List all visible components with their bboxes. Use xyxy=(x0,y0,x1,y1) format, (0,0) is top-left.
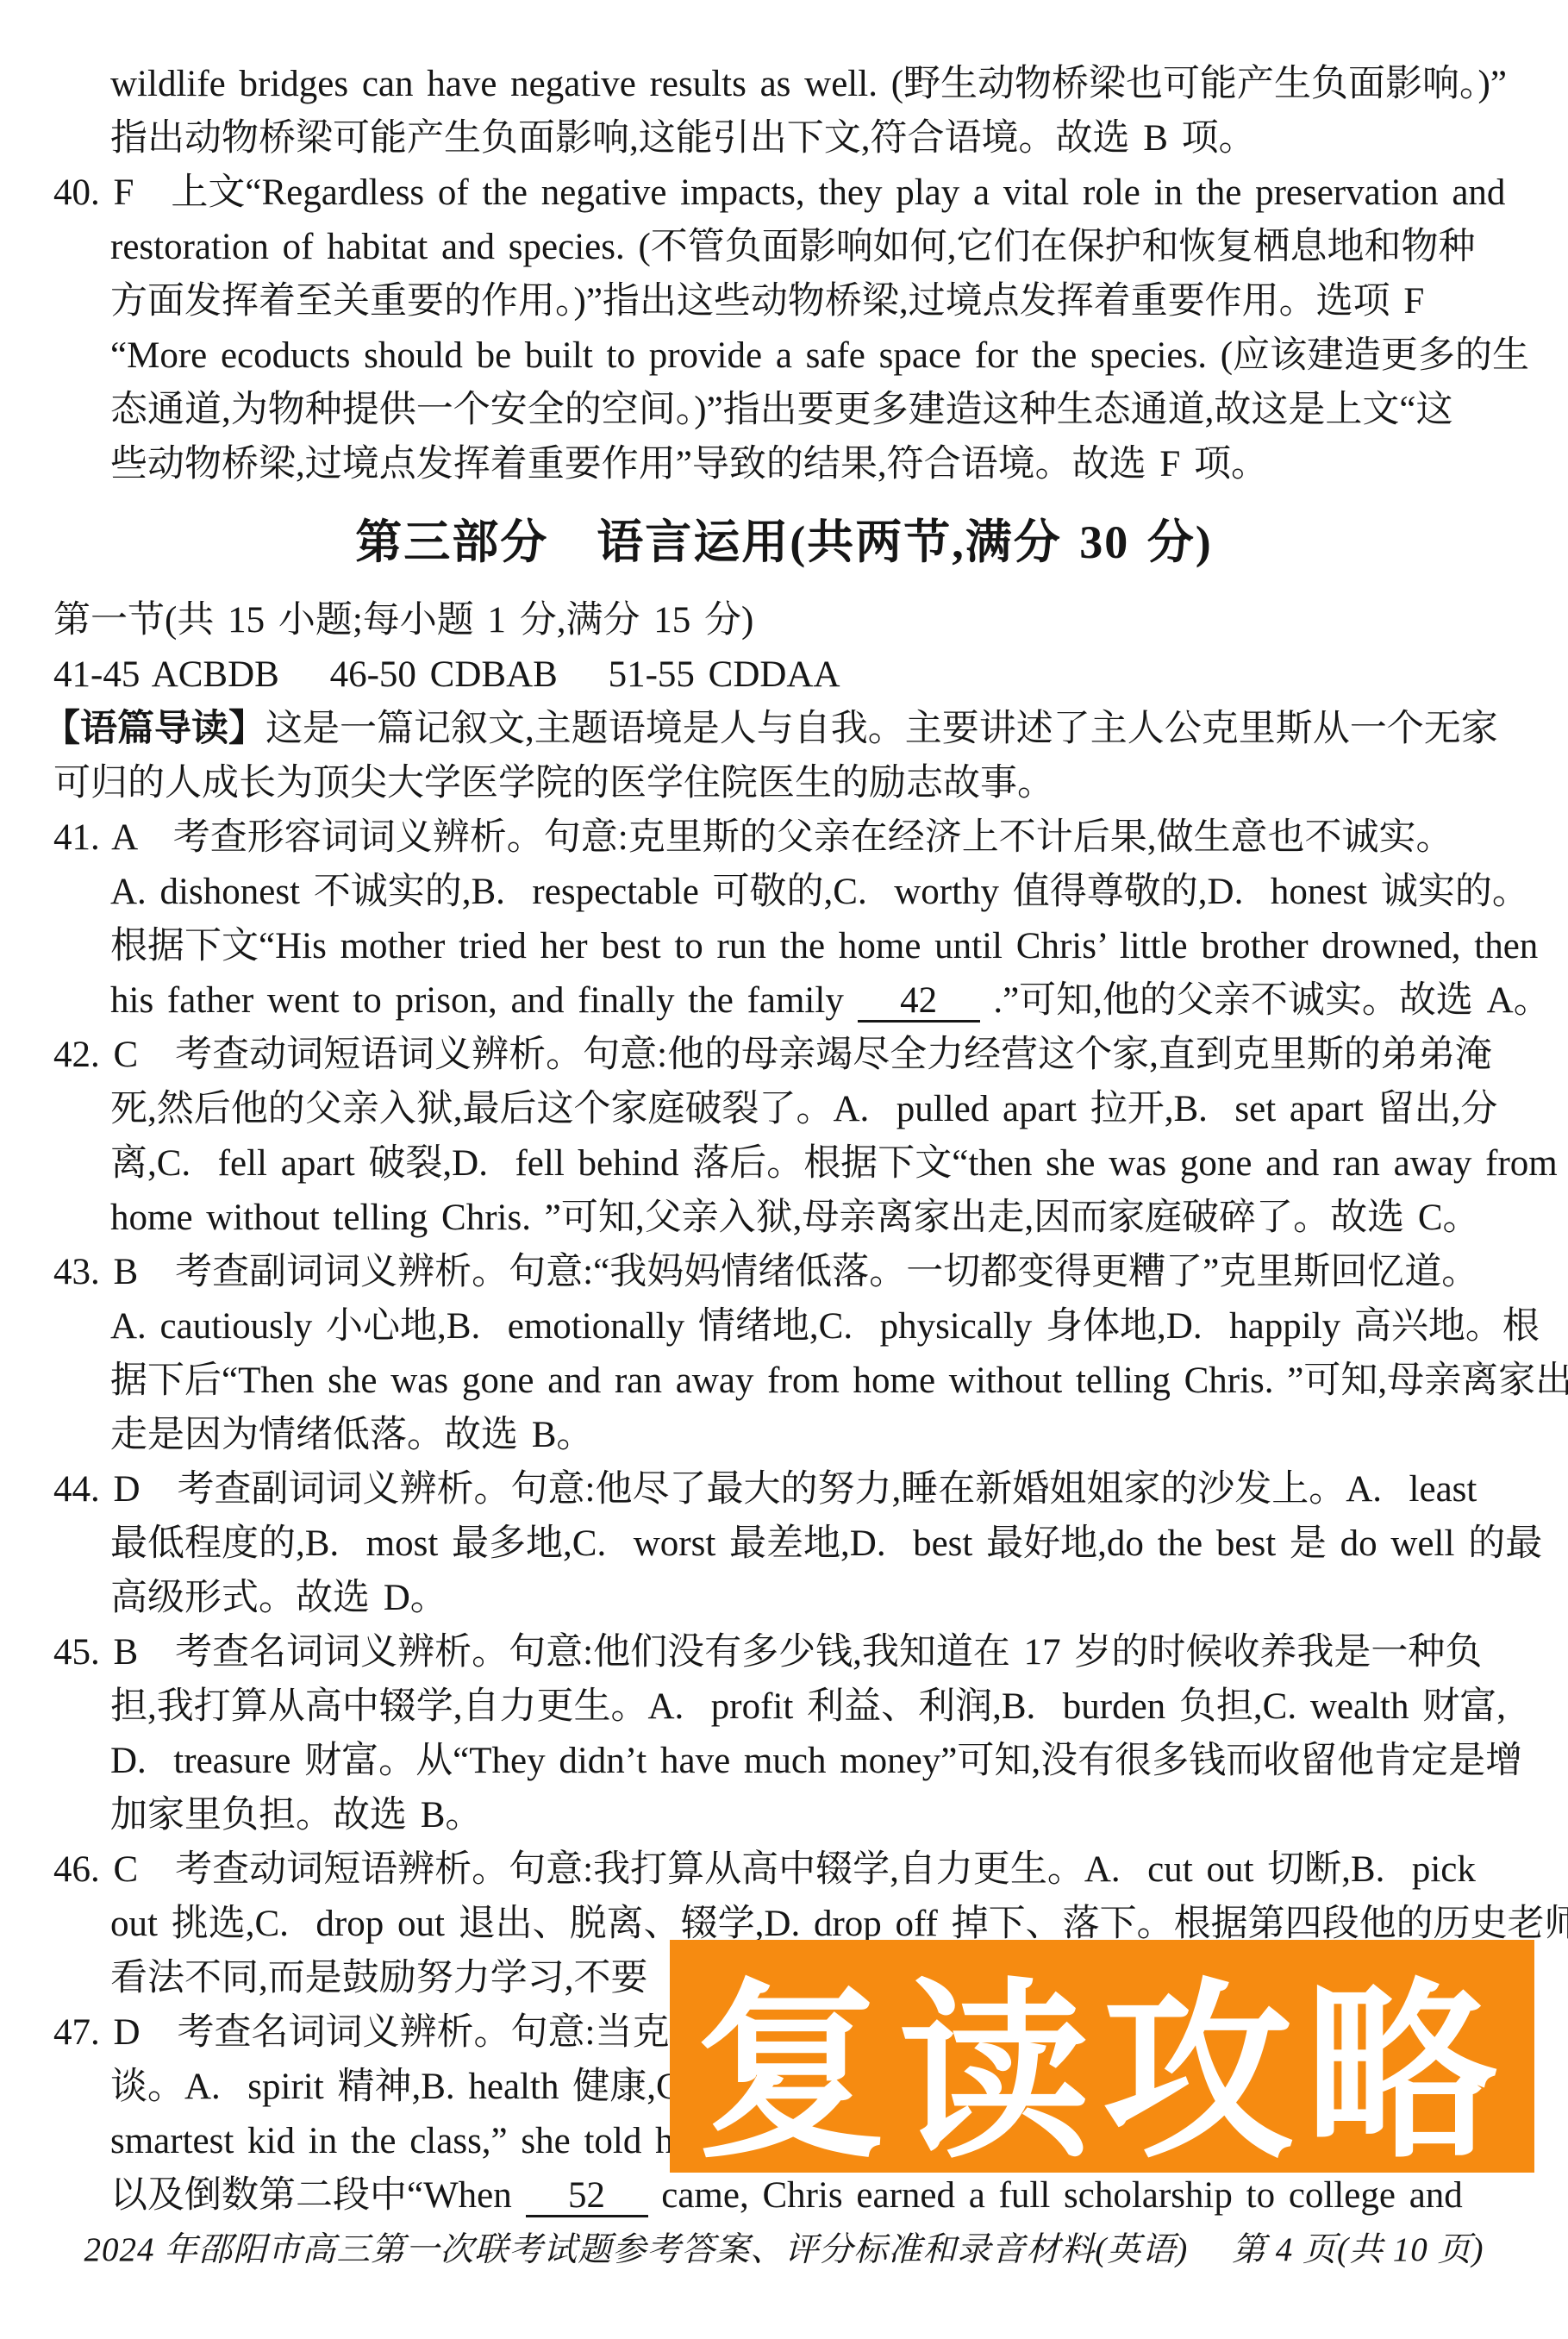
text-segment: his father went to prison, and finally t… xyxy=(110,980,858,1021)
text-segment: 态通道,为物种提供一个安全的空间。)”指出要更多建造这种生态通道,故这是上文“这 xyxy=(110,390,1453,430)
text-segment: 第一节(共 15 小题;每小题 1 分,满分 15 分) xyxy=(53,600,753,641)
text-segment: .”可知,他的父亲不诚实。故选 A。 xyxy=(980,980,1551,1021)
answer-key-line: 41-45 ACBDB 46-50 CDBAB 51-55 CDDAA xyxy=(0,647,1568,702)
text-line: 方面发挥着至关重要的作用。)”指出这些动物桥梁,过境点发挥着重要作用。选项 F xyxy=(0,274,1568,328)
text-line: 担,我打算从高中辍学,自力更生。A. profit 利益、利润,B. burde… xyxy=(0,1679,1568,1734)
text-line: 45. B 考查名词词义辨析。句意:他们没有多少钱,我知道在 17 岁的时候收养… xyxy=(0,1625,1568,1679)
text-segment: D. treasure 财富。从“They didn’t have much m… xyxy=(110,1741,1522,1781)
text-segment: wildlife bridges can have negative resul… xyxy=(110,64,1507,104)
text-line: D. treasure 财富。从“They didn’t have much m… xyxy=(0,1734,1568,1788)
text-segment: 41. A 考查形容词词义辨析。句意:克里斯的父亲在经济上不计后果,做生意也不诚… xyxy=(53,817,1453,858)
text-segment: 46. C 考查动词短语辨析。句意:我打算从高中辍学,自力更生。A. cut o… xyxy=(53,1849,1476,1890)
text-line: 走是因为情绪低落。故选 B。 xyxy=(0,1408,1568,1462)
exam-answer-page: wildlife bridges can have negative resul… xyxy=(0,0,1568,2339)
text-segment: 44. D 考查副词词义辨析。句意:他尽了最大的努力,睡在新婚姐姐家的沙发上。A… xyxy=(53,1469,1477,1510)
text-line: 41. A 考查形容词词义辨析。句意:克里斯的父亲在经济上不计后果,做生意也不诚… xyxy=(0,810,1568,865)
text-line: restoration of habitat and species. (不管负… xyxy=(0,220,1568,274)
text-segment: 死,然后他的父亲入狱,最后这个家庭破裂了。A. pulled apart 拉开,… xyxy=(110,1089,1497,1129)
text-segment: 谈。A. spirit 精神,B. health 健康,C xyxy=(110,2067,681,2107)
text-line: 指出动物桥梁可能产生负面影响,这能引出下文,符合语境。故选 B 项。 xyxy=(0,111,1568,166)
fudu-gonglue-watermark: 复读攻略 xyxy=(670,1940,1534,2173)
text-segment: 45. B 考查名词词义辨析。句意:他们没有多少钱,我知道在 17 岁的时候收养… xyxy=(53,1632,1482,1673)
text-segment: 可归的人成长为顶尖大学医学院的医学住院医生的励志故事。 xyxy=(53,763,1054,804)
text-line: 离,C. fell apart 破裂,D. fell behind 落后。根据下… xyxy=(0,1136,1568,1191)
text-segment: 担,我打算从高中辍学,自力更生。A. profit 利益、利润,B. burde… xyxy=(110,1686,1506,1727)
text-segment: 这是一篇记叙文,主题语境是人与自我。主要讲述了主人公克里斯从一个无家 xyxy=(265,709,1498,749)
answer-text-block: wildlife bridges can have negative resul… xyxy=(0,57,1568,2223)
subsection-header: 第一节(共 15 小题;每小题 1 分,满分 15 分) xyxy=(0,593,1568,647)
text-segment: 42. C 考查动词短语词义辨析。句意:他的母亲竭尽全力经营这个家,直到克里斯的… xyxy=(53,1035,1492,1075)
text-segment: 指出动物桥梁可能产生负面影响,这能引出下文,符合语境。故选 B 项。 xyxy=(110,118,1256,159)
text-segment: 根据下文“His mother tried her best to run th… xyxy=(110,926,1538,966)
text-segment: 【语篇导读】 xyxy=(43,709,265,749)
text-line: 些动物桥梁,过境点发挥着重要作用”导致的结果,符合语境。故选 F 项。 xyxy=(0,437,1568,491)
text-segment: A. cautiously 小心地,B. emotionally 情绪地,C. … xyxy=(110,1306,1540,1347)
text-segment: 以及倒数第二段中“When xyxy=(110,2175,526,2216)
text-line: “More ecoducts should be built to provid… xyxy=(0,328,1568,383)
text-line: his father went to prison, and finally t… xyxy=(0,973,1568,1028)
text-line: home without telling Chris. ”可知,父亲入狱,母亲离… xyxy=(0,1191,1568,1245)
text-line: 加家里负担。故选 B。 xyxy=(0,1788,1568,1842)
text-line: 【语篇导读】这是一篇记叙文,主题语境是人与自我。主要讲述了主人公克里斯从一个无家 xyxy=(0,702,1568,756)
text-line: 据下后“Then she was gone and ran away from … xyxy=(0,1354,1568,1408)
text-segment: 高级形式。故选 D。 xyxy=(110,1578,447,1618)
text-line: 可归的人成长为顶尖大学医学院的医学住院医生的励志故事。 xyxy=(0,756,1568,810)
text-segment: home without telling Chris. ”可知,父亲入狱,母亲离… xyxy=(110,1198,1480,1238)
text-line: A. dishonest 不诚实的,B. respectable 可敬的,C. … xyxy=(0,865,1568,919)
text-line: 44. D 考查副词词义辨析。句意:他尽了最大的努力,睡在新婚姐姐家的沙发上。A… xyxy=(0,1462,1568,1517)
text-line: 43. B 考查副词词义辨析。句意:“我妈妈情绪低落。一切都变得更糟了”克里斯回… xyxy=(0,1245,1568,1299)
text-line: 死,然后他的父亲入狱,最后这个家庭破裂了。A. pulled apart 拉开,… xyxy=(0,1082,1568,1136)
text-segment: 43. B 考查副词词义辨析。句意:“我妈妈情绪低落。一切都变得更糟了”克里斯回… xyxy=(53,1252,1478,1292)
text-segment: 些动物桥梁,过境点发挥着重要作用”导致的结果,符合语境。故选 F 项。 xyxy=(110,444,1268,485)
text-segment: 最低程度的,B. most 最多地,C. worst 最差地,D. best 最… xyxy=(110,1523,1542,1564)
text-segment: 第三部分 语言运用(共两节,满分 30 分) xyxy=(355,516,1212,568)
text-segment: 方面发挥着至关重要的作用。)”指出这些动物桥梁,过境点发挥着重要作用。选项 F xyxy=(110,281,1424,322)
text-segment: 据下后“Then she was gone and ran away from … xyxy=(110,1360,1568,1401)
text-segment: 离,C. fell apart 破裂,D. fell behind 落后。根据下… xyxy=(110,1143,1558,1184)
text-line: A. cautiously 小心地,B. emotionally 情绪地,C. … xyxy=(0,1299,1568,1354)
text-line: 根据下文“His mother tried her best to run th… xyxy=(0,919,1568,973)
answer-blank: 52 xyxy=(526,2176,648,2217)
text-line: 42. C 考查动词短语词义辨析。句意:他的母亲竭尽全力经营这个家,直到克里斯的… xyxy=(0,1028,1568,1082)
text-segment: 走是因为情绪低落。故选 B。 xyxy=(110,1415,593,1455)
answer-blank: 42 xyxy=(858,981,980,1023)
text-line: 最低程度的,B. most 最多地,C. worst 最差地,D. best 最… xyxy=(0,1517,1568,1571)
text-line: 高级形式。故选 D。 xyxy=(0,1571,1568,1625)
text-segment: 47. D 考查名词词义辨析。句意:当克 xyxy=(53,2012,670,2053)
section-header: 第三部分 语言运用(共两节,满分 30 分) xyxy=(0,491,1568,593)
text-segment: 看法不同,而是鼓励努力学习,不要 xyxy=(110,1958,648,1998)
text-segment: A. dishonest 不诚实的,B. respectable 可敬的,C. … xyxy=(110,872,1529,912)
text-segment: restoration of habitat and species. (不管负… xyxy=(110,227,1476,267)
page-footer: 2024 年邵阳市高三第一次联考试题参考答案、评分标准和录音材料(英语) 第 4… xyxy=(0,2223,1568,2271)
text-segment: smartest kid in the class,” she told h xyxy=(110,2121,674,2161)
text-line: 46. C 考查动词短语辨析。句意:我打算从高中辍学,自力更生。A. cut o… xyxy=(0,1842,1568,1897)
text-line: wildlife bridges can have negative resul… xyxy=(0,57,1568,111)
text-line: 40. F 上文“Regardless of the negative impa… xyxy=(0,166,1568,220)
text-segment: 加家里负担。故选 B。 xyxy=(110,1795,482,1836)
text-segment: “More ecoducts should be built to provid… xyxy=(110,335,1529,376)
text-line: 态通道,为物种提供一个安全的空间。)”指出要更多建造这种生态通道,故这是上文“这 xyxy=(0,383,1568,437)
text-segment: 40. F 上文“Regardless of the negative impa… xyxy=(53,172,1505,213)
text-segment: 41-45 ACBDB 46-50 CDBAB 51-55 CDDAA xyxy=(53,654,840,695)
